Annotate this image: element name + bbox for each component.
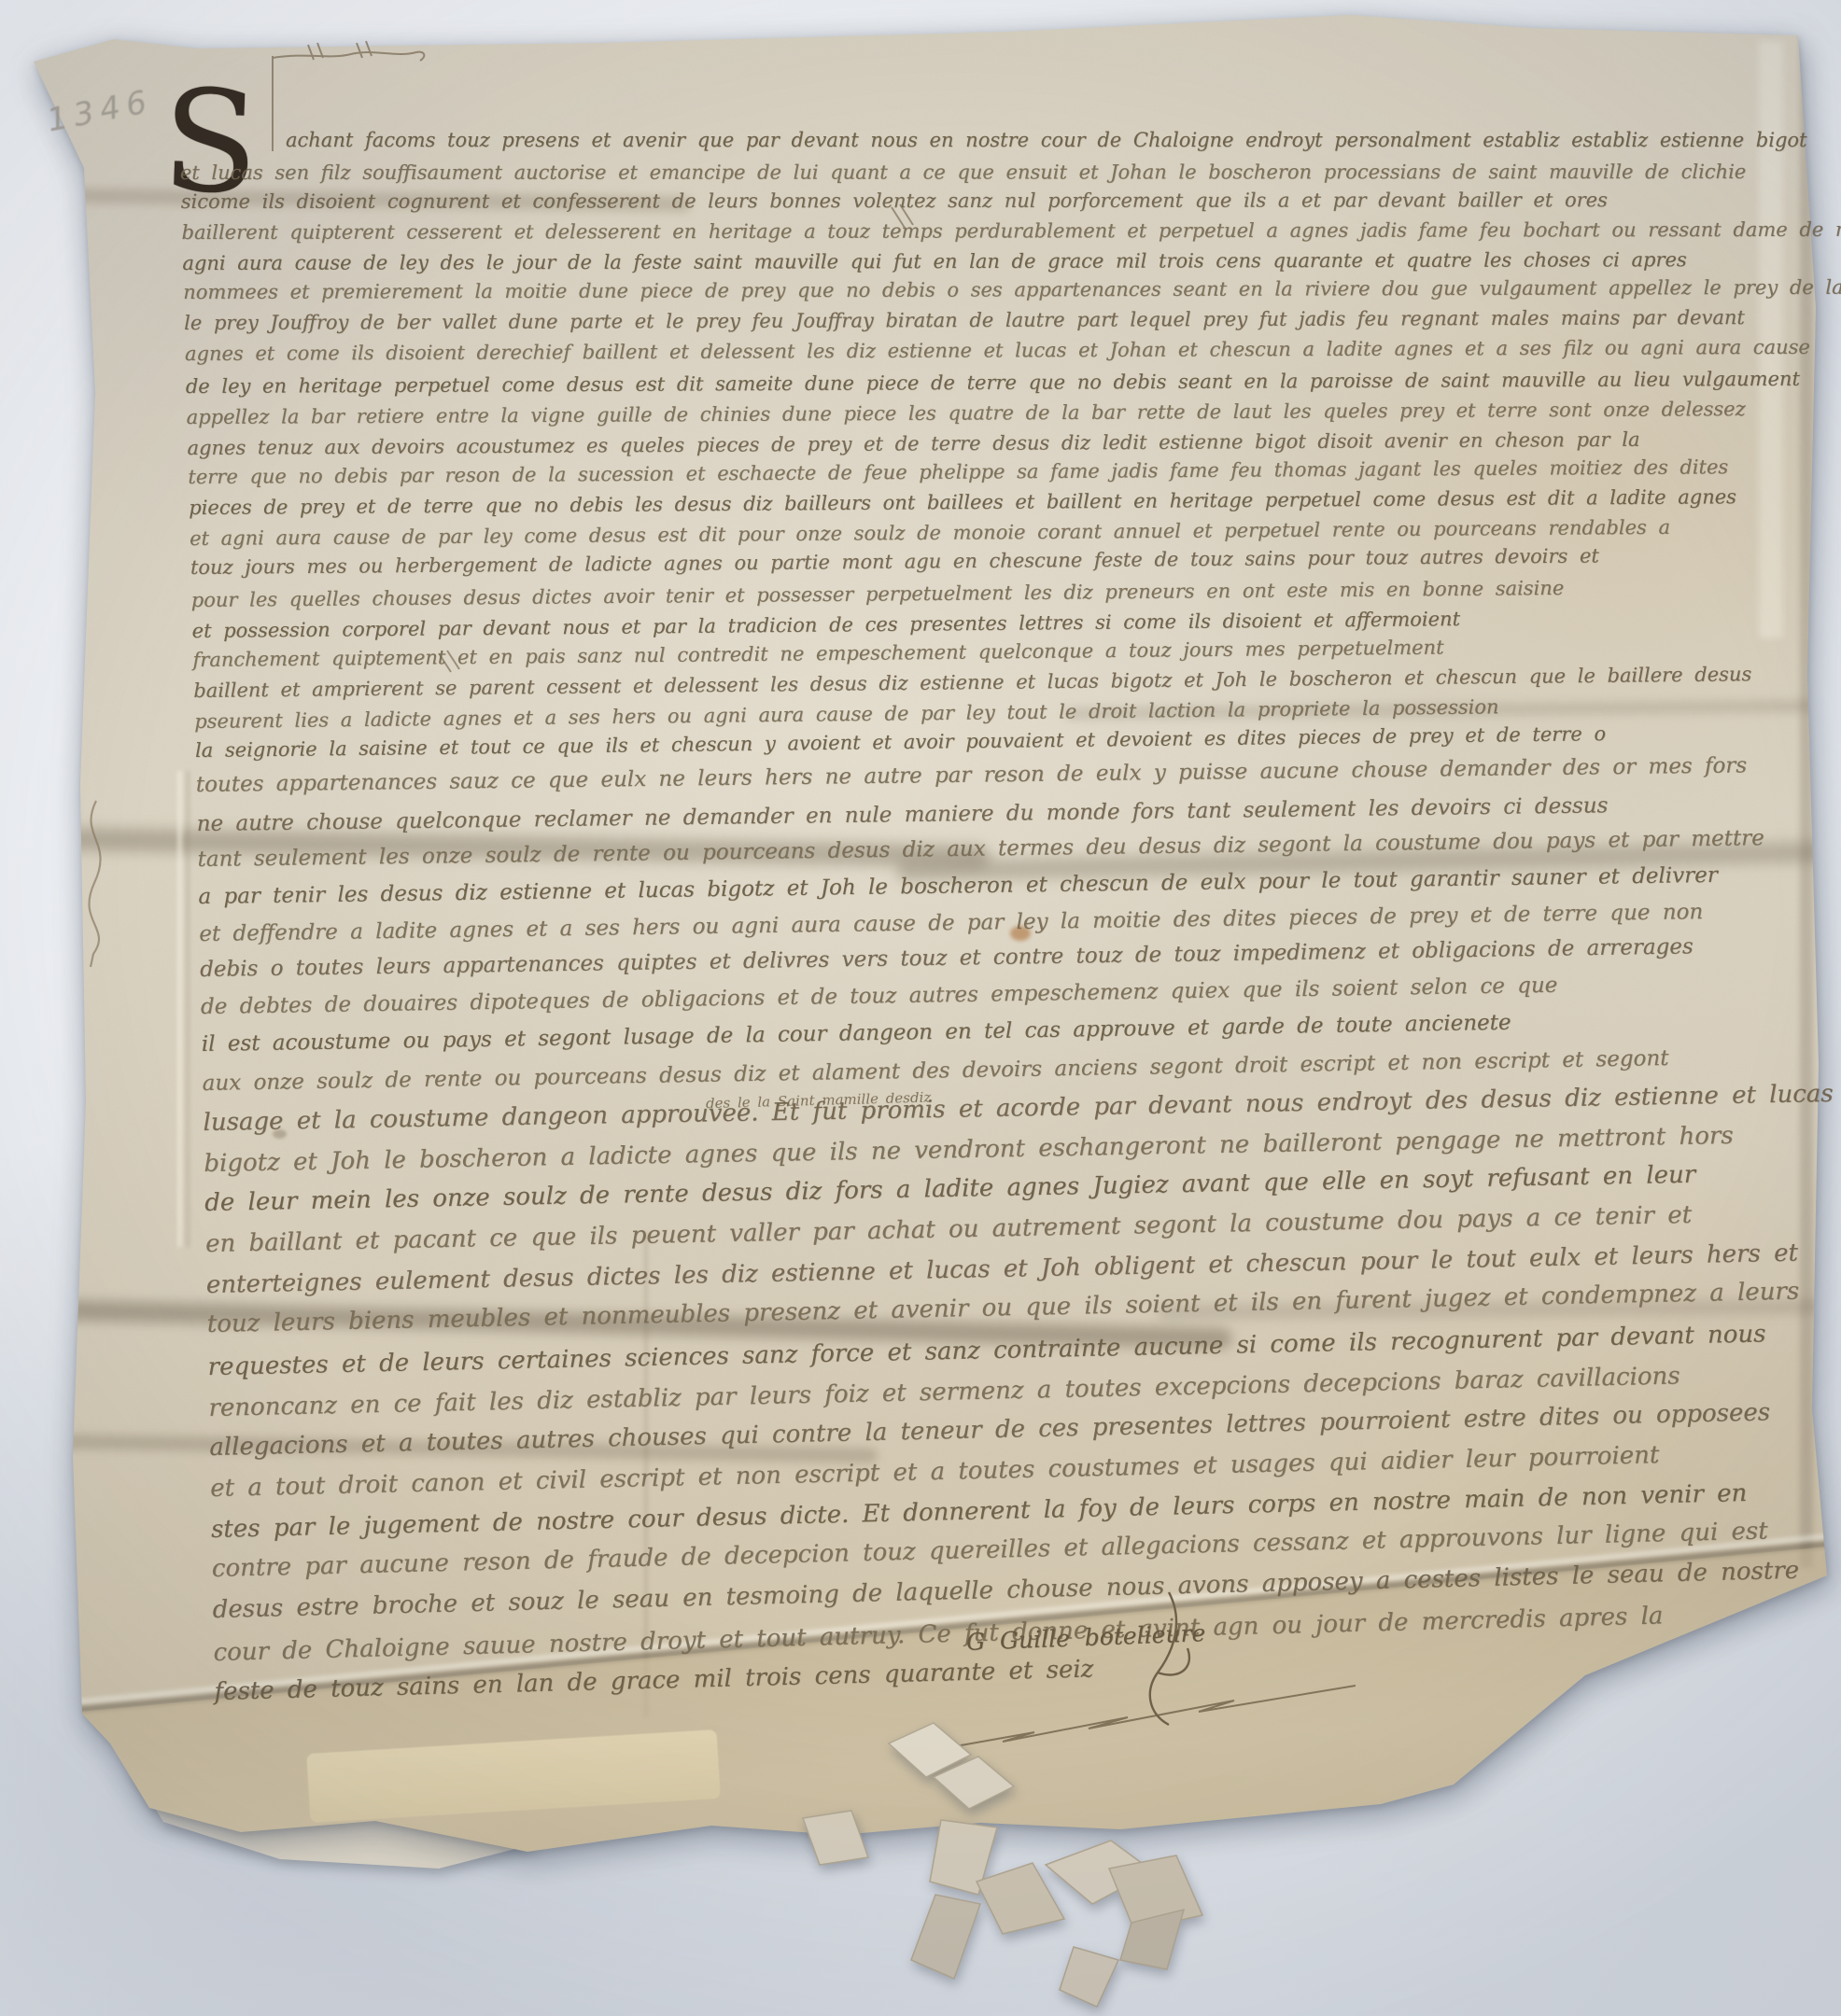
photograph-of-parchment-charter: 1346 S achant facoms touz presens et ave… bbox=[0, 0, 1841, 2016]
text-line: baillerent quipterent cesserent et deles… bbox=[182, 215, 1841, 248]
corner-fold-crease bbox=[28, 0, 125, 35]
manuscript-text: achant facoms touz presens et avenir que… bbox=[0, 125, 1841, 1713]
text-line: et lucas sen filz souffisaument auctoris… bbox=[180, 157, 1841, 189]
text-line: sicome ils disoient cognurent et confess… bbox=[181, 185, 1841, 217]
text-line: achant facoms touz presens et avenir que… bbox=[286, 125, 1841, 156]
